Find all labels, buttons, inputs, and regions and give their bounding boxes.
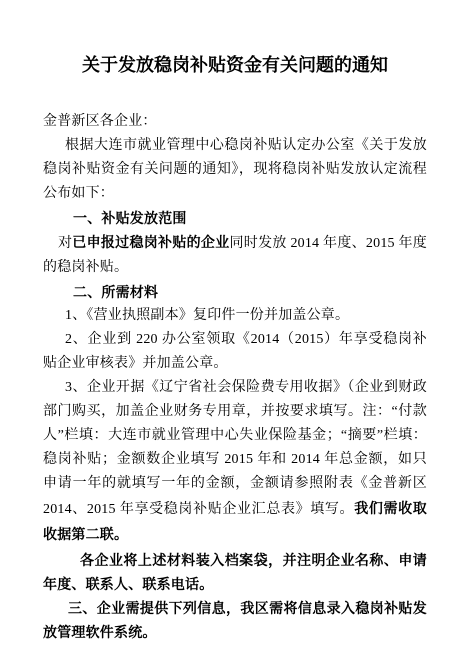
section1-body-bold: 已申报过稳岗补贴的企业 bbox=[72, 234, 229, 250]
document-page: 关于发放稳岗补贴资金有关问题的通知 金普新区各企业： 根据大连市就业管理中心稳岗… bbox=[0, 0, 458, 649]
section2-item3: 3、企业开据《辽宁省社会保险费专用收据》（企业到财政部门购买，加盖企业财务专用章… bbox=[43, 376, 427, 548]
section2-item3-text: 3、企业开据《辽宁省社会保险费专用收据》（企业到财政部门购买，加盖企业财务专用章… bbox=[43, 380, 427, 517]
section1-body: 对已申报过稳岗补贴的企业同时发放 2014 年度、2015 年度的稳岗补贴。 bbox=[43, 230, 427, 280]
section2-item2: 2、企业到 220 办公室领取《2014（2015）年享受稳岗补贴企业审核表》并… bbox=[43, 328, 427, 376]
archive-note: 各企业将上述材料装入档案袋，并注明企业名称、申请年度、联系人、联系电话。 bbox=[43, 548, 427, 596]
section1-heading: 一、补贴发放范围 bbox=[43, 206, 427, 230]
section1-body-pre: 对 bbox=[58, 236, 72, 251]
document-title: 关于发放稳岗补贴资金有关问题的通知 bbox=[43, 52, 427, 78]
salutation: 金普新区各企业： bbox=[43, 110, 427, 134]
intro-paragraph: 根据大连市就业管理中心稳岗补贴认定办公室《关于发放稳岗补贴资金有关问题的通知》，… bbox=[43, 134, 427, 206]
section3-heading: 三、企业需提供下列信息，我区需将信息录入稳岗补贴发放管理软件系统。 bbox=[43, 596, 427, 644]
section2-item1: 1、《营业执照副本》复印件一份并加盖公章。 bbox=[43, 304, 427, 328]
section2-heading: 二、所需材料 bbox=[43, 280, 427, 304]
